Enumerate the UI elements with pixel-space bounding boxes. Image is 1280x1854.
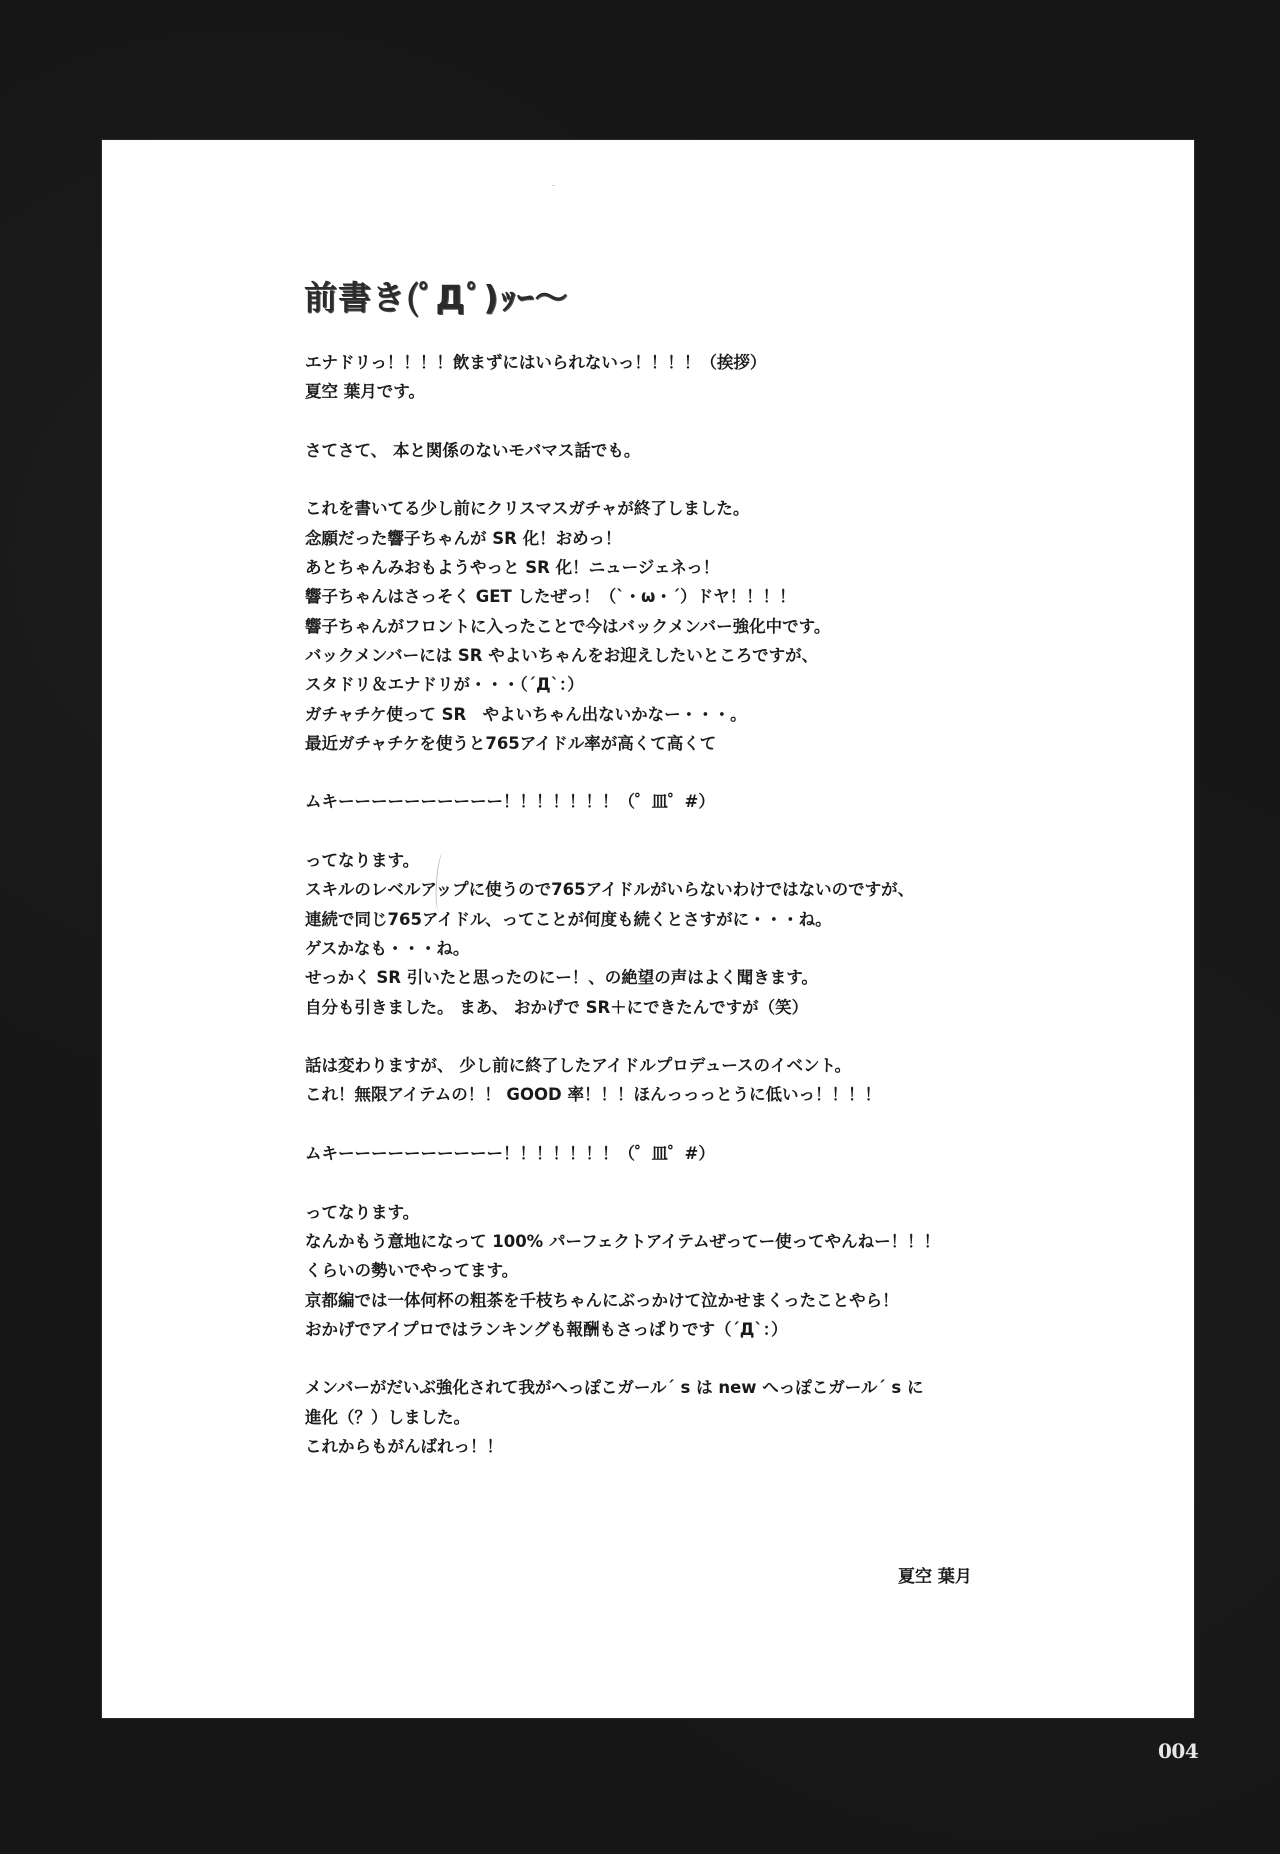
blank-line	[305, 1110, 1065, 1139]
text-line: 連続で同じ765アイドル、ってことが何度も続くとさすがに・・・ね。	[305, 905, 1065, 934]
blank-line	[305, 407, 1065, 436]
text-line: ってなります。	[305, 1198, 1065, 1227]
text-line: おかげでアイプロではランキングも報酬もさっぱりです（´Д`：）	[305, 1315, 1065, 1344]
text-line: バックメンバーには SR やよいちゃんをお迎えしたいところですが、	[305, 641, 1065, 670]
text-line: 最近ガチャチケを使うと765アイドル率が高くて高くて	[305, 729, 1065, 758]
scan-speck	[552, 185, 555, 186]
text-line: 響子ちゃんはさっそく GET したぜっ！（`・ω・´）ドヤ！！！！	[305, 582, 1065, 611]
text-line: エナドリっ！！！！飲まずにはいられないっ！！！！（挨拶）	[305, 348, 1065, 377]
text-line: 進化（？）しました。	[305, 1403, 1065, 1432]
text-line: あとちゃんみおもようやっと SR 化！ニュージェネっ！	[305, 553, 1065, 582]
blank-line	[305, 465, 1065, 494]
text-line: これからもがんばれっ！！	[305, 1432, 1065, 1461]
text-line: メンバーがだいぶ強化されて我がへっぽこガール´ s は new へっぽこガール´…	[305, 1373, 1065, 1402]
blank-line	[305, 1168, 1065, 1197]
author-signature: 夏空 葉月	[898, 1562, 972, 1587]
text-line: これ！無限アイテムの！！ GOOD 率！！！ほんっっっとうに低いっ！！！！	[305, 1080, 1065, 1109]
body-text: エナドリっ！！！！飲まずにはいられないっ！！！！（挨拶） 夏空 葉月です。 さて…	[305, 348, 1065, 1461]
text-line: なんかもう意地になって 100% パーフェクトアイテムぜってー使ってやんねー！！…	[305, 1227, 1065, 1256]
page-number: 004	[1158, 1739, 1198, 1763]
text-line: 自分も引きました。 まあ、 おかげで SR＋にできたんですが（笑）	[305, 993, 1065, 1022]
document-page: 前書き(ﾟДﾟ)ｯｰ〜 エナドリっ！！！！飲まずにはいられないっ！！！！（挨拶）…	[102, 140, 1194, 1718]
text-line: 夏空 葉月です。	[305, 377, 1065, 406]
text-line: ガチャチケ使って SR やよいちゃん出ないかなー・・・。	[305, 700, 1065, 729]
exclamation-line: ムキーーーーーーーーーー！！！！！！！（゜皿゜#）	[305, 787, 1065, 816]
text-line: 話は変わりますが、 少し前に終了したアイドルプロデュースのイベント。	[305, 1051, 1065, 1080]
blank-line	[305, 1344, 1065, 1373]
text-line: スキルのレベルアップに使うので765アイドルがいらないわけではないのですが、	[305, 875, 1065, 904]
text-line: くらいの勢いでやってます。	[305, 1256, 1065, 1285]
text-line: さてさて、 本と関係のないモバマス話でも。	[305, 436, 1065, 465]
blank-line	[305, 1022, 1065, 1051]
text-line: 京都編では一体何杯の粗茶を千枝ちゃんにぶっかけて泣かせまくったことやら！	[305, 1286, 1065, 1315]
text-line: ゲスかなも・・・ね。	[305, 934, 1065, 963]
text-line: せっかく SR 引いたと思ったのにー！、の絶望の声はよく聞きます。	[305, 963, 1065, 992]
text-line: 響子ちゃんがフロントに入ったことで今はバックメンバー強化中です。	[305, 612, 1065, 641]
exclamation-line: ムキーーーーーーーーーー！！！！！！！（゜皿゜#）	[305, 1139, 1065, 1168]
blank-line	[305, 817, 1065, 846]
text-line: ってなります。	[305, 846, 1065, 875]
text-line: 念願だった響子ちゃんが SR 化！おめっ！	[305, 524, 1065, 553]
text-line: スタドリ＆エナドリが・・・（´Д`：）	[305, 670, 1065, 699]
text-line: これを書いてる少し前にクリスマスガチャが終了しました。	[305, 494, 1065, 523]
page-title: 前書き(ﾟДﾟ)ｯｰ〜	[304, 272, 569, 319]
blank-line	[305, 758, 1065, 787]
